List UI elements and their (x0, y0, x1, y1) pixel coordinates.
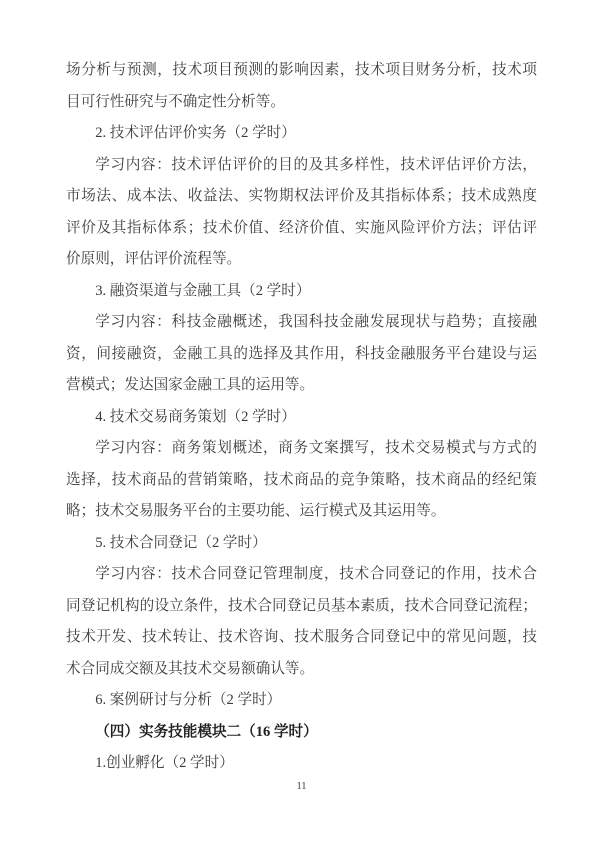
list-item-line: 4. 技术交易商务策划（2 学时） (66, 402, 537, 434)
list-item-line: 2. 技术评估评价实务（2 学时） (66, 118, 537, 150)
body-text-line: 选择，技术商品的营销策略，技术商品的竞争策略，技术商品的经纪策 (66, 465, 537, 497)
list-item-line: 3. 融资渠道与金融工具（2 学时） (66, 276, 537, 308)
body-text-line: 术合同成交额及其技术交易额确认等。 (66, 654, 537, 686)
body-text-line: 技术开发、技术转让、技术咨询、技术服务合同登记中的常见问题，技 (66, 622, 537, 654)
body-text-line: 场分析与预测，技术项目预测的影响因素，技术项目财务分析，技术项 (66, 55, 537, 87)
body-text-line: 学习内容：商务策划概述，商务文案撰写，技术交易模式与方式的 (66, 433, 537, 465)
body-text-line: 资，间接融资，金融工具的选择及其作用，科技金融服务平台建设与运 (66, 339, 537, 371)
body-text-line: 同登记机构的设立条件，技术合同登记员基本素质，技术合同登记流程； (66, 591, 537, 623)
body-text-line: 营模式；发达国家金融工具的运用等。 (66, 370, 537, 402)
list-item-line: 6. 案例研讨与分析（2 学时） (66, 685, 537, 717)
section-heading: （四）实务技能模块二（16 学时） (66, 717, 537, 749)
list-item-line: 1.创业孵化（2 学时） (66, 748, 537, 780)
body-text-line: 价原则，评估评价流程等。 (66, 244, 537, 276)
body-text-line: 目可行性研究与不确定性分析等。 (66, 87, 537, 119)
page-number: 11 (66, 780, 537, 793)
body-text-line: 学习内容：技术评估评价的目的及其多样性，技术评估评价方法， (66, 150, 537, 182)
document-page: 场分析与预测，技术项目预测的影响因素，技术项目财务分析，技术项 目可行性研究与不… (0, 0, 600, 848)
body-text-line: 学习内容：科技金融概述，我国科技金融发展现状与趋势；直接融 (66, 307, 537, 339)
list-item-line: 5. 技术合同登记（2 学时） (66, 528, 537, 560)
body-text-line: 学习内容：技术合同登记管理制度，技术合同登记的作用，技术合 (66, 559, 537, 591)
body-text-line: 市场法、成本法、收益法、实物期权法评价及其指标体系；技术成熟度 (66, 181, 537, 213)
body-text-line: 略；技术交易服务平台的主要功能、运行模式及其运用等。 (66, 496, 537, 528)
body-text-line: 评价及其指标体系；技术价值、经济价值、实施风险评价方法；评估评 (66, 213, 537, 245)
